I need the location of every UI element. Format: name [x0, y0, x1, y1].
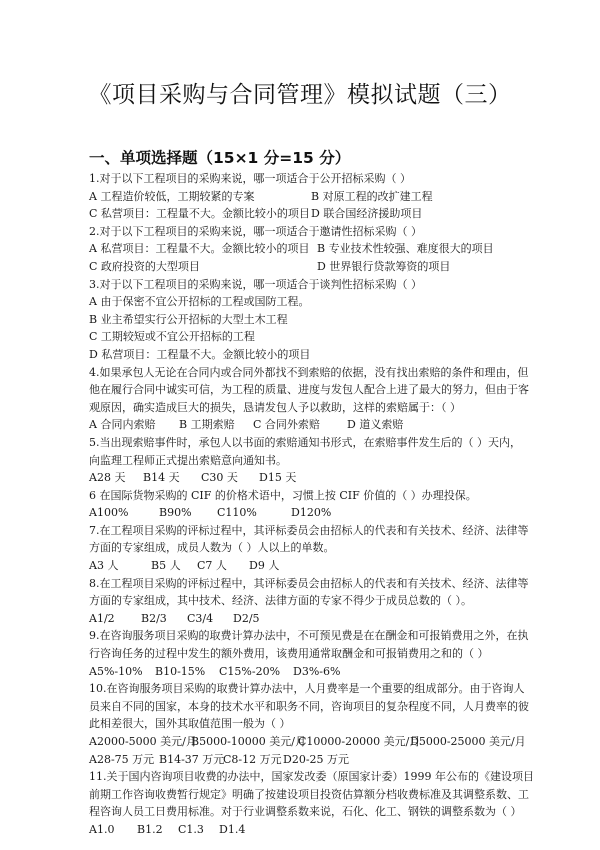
- answer-option: B 业主希望实行公开招标的大型土木工程: [89, 311, 489, 329]
- question-list: 1.对于以下工程项目的采购来说，哪一项适合于公开招标采购（ ）A 工程造价较低，…: [89, 170, 529, 839]
- answer-option: C3/4: [187, 610, 233, 628]
- question-stem-line: 行咨询任务的过程中发生的额外费用，该费用通常取酬金和可报销费用之和的（ ）: [89, 645, 529, 663]
- answer-option: B 对原工程的改扩建工程: [311, 188, 511, 206]
- question-stem-line: 他在履行合同中诚实可信，为工程的质量、进度与发包人配合上进了最大的努力，但由于客: [89, 381, 529, 399]
- document-title: 《项目采购与合同管理》模拟试题（三）: [0, 76, 600, 109]
- question-stem-line: 前期工作咨询收费暂行规定》明确了按建设项目投资估算额分档收费标准及其调整系数、工: [89, 786, 529, 804]
- answer-option: A1.0: [89, 821, 137, 839]
- answer-option: B5 人: [151, 557, 197, 575]
- option-row: B 业主希望实行公开招标的大型土木工程: [89, 311, 529, 329]
- option-row: A3 人B5 人C7 人D9 人: [89, 557, 529, 575]
- answer-option: D9 人: [249, 557, 299, 575]
- answer-option: C 合同外索赔: [253, 416, 347, 434]
- question-stem-line: 员来自不同的国家，本身的技术水平和职务不同，咨询项目的复杂程度不同，人月费率的彼: [89, 698, 529, 716]
- answer-option: B14 天: [143, 469, 201, 487]
- answer-option: B90%: [159, 504, 217, 522]
- question-9: 9.在咨询服务项目采购的取费计算办法中，不可预见费是在在酬金和可报销费用之外，在…: [89, 627, 529, 680]
- answer-option: D3%-6%: [293, 663, 353, 681]
- question-11: 11.关于国内咨询项目收费的办法中，国家发改委（原国家计委）1999 年公布的《…: [89, 768, 529, 838]
- option-row: C 工期较短或不宜公开招标的工程: [89, 328, 529, 346]
- option-row: A28 天B14 天C30 天D15 天: [89, 469, 529, 487]
- question-stem-line: 3.对于以下工程项目的采购来说，哪一项适合于谈判性招标采购（ ）: [89, 276, 529, 294]
- question-stem-line: 8.在工程项目采购的评标过程中，其评标委员会由招标人的代表和有关技术、经济、法律…: [89, 575, 529, 593]
- answer-option: D2/5: [233, 610, 283, 628]
- question-stem-line: 方面的专家组成，其中技术、经济、法律方面的专家不得少于成员总数的（ ）。: [89, 592, 529, 610]
- option-row: A1.0B1.2C1.3D1.4: [89, 821, 529, 839]
- option-row: C 政府投资的大型项目D 世界银行贷款筹资的项目: [89, 258, 529, 276]
- answer-option: A 私营项目：工程量不大。金额比较小的项目: [89, 240, 317, 258]
- question-stem-line: 1.对于以下工程项目的采购来说，哪一项适合于公开招标采购（ ）: [89, 170, 529, 188]
- answer-option: C15%-20%: [219, 663, 293, 681]
- option-row: A100%B90%C110%D120%: [89, 504, 529, 522]
- question-stem-line: 向监理工程师正式提出索赔意向通知书。: [89, 452, 529, 470]
- answer-option: D15 天: [259, 469, 319, 487]
- option-row: A5%-10%B10-15%C15%-20%D3%-6%: [89, 663, 529, 681]
- answer-option: A1/2: [89, 610, 141, 628]
- answer-option: C 私营项目：工程量不大。金额比较小的项目: [89, 205, 311, 223]
- question-stem-line: 程咨询人员工日费用标准。对于行业调整系数来说，石化、化工、钢铁的调整系数为（ ）: [89, 803, 529, 821]
- question-6: 6 在国际货物采购的 CIF 的价格术语中，习惯上按 CIF 价值的（ ）办理投…: [89, 487, 529, 522]
- answer-option: A 工程造价较低，工期较紧的专案: [89, 188, 311, 206]
- answer-option: A5%-10%: [89, 663, 155, 681]
- option-row: A 私营项目：工程量不大。金额比较小的项目B 专业技术性较强、难度很大的项目: [89, 240, 529, 258]
- question-stem-line: 此相差很大，国外其取值范围一般为（ ）: [89, 715, 529, 733]
- question-7: 7.在工程项目采购的评标过程中，其评标委员会由招标人的代表和有关技术、经济、法律…: [89, 522, 529, 575]
- answer-option: A 由于保密不宜公开招标的工程或国防工程。: [89, 293, 489, 311]
- answer-option: D 私营项目：工程量不大。金额比较小的项目: [89, 346, 489, 364]
- question-stem-line: 10.在咨询服务项目采购的取费计算办法中，人月费率是一个重要的组成部分。由于咨询…: [89, 680, 529, 698]
- section-heading: 一、单项选择题（15×1 分=15 分）: [89, 146, 350, 168]
- option-row: A2000-5000 美元/月B5000-10000 美元/月C10000-20…: [89, 733, 529, 751]
- answer-option: C10000-20000 美元/月: [298, 733, 410, 751]
- answer-option: A28-75 万元: [89, 751, 159, 769]
- answer-option: C30 天: [201, 469, 259, 487]
- answer-option: C110%: [217, 504, 291, 522]
- question-1: 1.对于以下工程项目的采购来说，哪一项适合于公开招标采购（ ）A 工程造价较低，…: [89, 170, 529, 223]
- question-stem-line: 9.在咨询服务项目采购的取费计算办法中，不可预见费是在在酬金和可报销费用之外，在…: [89, 627, 529, 645]
- answer-option: D 联合国经济援助项目: [311, 205, 511, 223]
- answer-option: D1.4: [219, 821, 259, 839]
- question-3: 3.对于以下工程项目的采购来说，哪一项适合于谈判性招标采购（ ）A 由于保密不宜…: [89, 276, 529, 364]
- question-stem-line: 观原因，确实造成巨大的损失，恳请发包人予以救助，这样的索赔属于：（ ）: [89, 399, 529, 417]
- question-2: 2.对于以下工程项目的采购来说，哪一项适合于邀请性招标采购（ ）A 私营项目：工…: [89, 223, 529, 276]
- question-10: 10.在咨询服务项目采购的取费计算办法中，人月费率是一个重要的组成部分。由于咨询…: [89, 680, 529, 768]
- answer-option: B5000-10000 美元/月: [191, 733, 298, 751]
- answer-option: B 工期索赔: [179, 416, 253, 434]
- option-row: A 由于保密不宜公开招标的工程或国防工程。: [89, 293, 529, 311]
- option-row: D 私营项目：工程量不大。金额比较小的项目: [89, 346, 529, 364]
- option-row: C 私营项目：工程量不大。金额比较小的项目D 联合国经济援助项目: [89, 205, 529, 223]
- answer-option: D5000-25000 美元/月: [410, 733, 520, 751]
- question-stem-line: 5.当出现索赔事件时，承包人以书面的索赔通知书形式，在索赔事件发生后的（ ）天内…: [89, 434, 529, 452]
- option-row: A 合同内索赔B 工期索赔C 合同外索赔D 道义索赔: [89, 416, 529, 434]
- answer-option: D 世界银行贷款筹资的项目: [317, 258, 527, 276]
- answer-option: D120%: [291, 504, 351, 522]
- answer-option: A2000-5000 美元/月: [89, 733, 191, 751]
- question-8: 8.在工程项目采购的评标过程中，其评标委员会由招标人的代表和有关技术、经济、法律…: [89, 575, 529, 628]
- answer-option: C1.3: [178, 821, 219, 839]
- answer-option: B2/3: [141, 610, 187, 628]
- answer-option: D20-25 万元: [283, 751, 353, 769]
- answer-option: B 专业技术性较强、难度很大的项目: [317, 240, 527, 258]
- option-row: A28-75 万元B14-37 万元C8-12 万元D20-25 万元: [89, 751, 529, 769]
- answer-option: B14-37 万元: [159, 751, 223, 769]
- question-stem-line: 11.关于国内咨询项目收费的办法中，国家发改委（原国家计委）1999 年公布的《…: [89, 768, 529, 786]
- answer-option: B10-15%: [155, 663, 219, 681]
- answer-option: C7 人: [197, 557, 249, 575]
- question-stem-line: 6 在国际货物采购的 CIF 的价格术语中，习惯上按 CIF 价值的（ ）办理投…: [89, 487, 529, 505]
- answer-option: C 工期较短或不宜公开招标的工程: [89, 328, 489, 346]
- question-stem-line: 7.在工程项目采购的评标过程中，其评标委员会由招标人的代表和有关技术、经济、法律…: [89, 522, 529, 540]
- answer-option: A 合同内索赔: [89, 416, 179, 434]
- answer-option: A28 天: [89, 469, 143, 487]
- answer-option: C8-12 万元: [223, 751, 283, 769]
- option-row: A 工程造价较低，工期较紧的专案B 对原工程的改扩建工程: [89, 188, 529, 206]
- question-5: 5.当出现索赔事件时，承包人以书面的索赔通知书形式，在索赔事件发生后的（ ）天内…: [89, 434, 529, 487]
- option-row: A1/2B2/3C3/4D2/5: [89, 610, 529, 628]
- answer-option: A3 人: [89, 557, 151, 575]
- answer-option: D 道义索赔: [347, 416, 427, 434]
- question-stem-line: 4.如果承包人无论在合同内或合同外都找不到索赔的依据，没有找出索赔的条件和理由，…: [89, 364, 529, 382]
- question-4: 4.如果承包人无论在合同内或合同外都找不到索赔的依据，没有找出索赔的条件和理由，…: [89, 364, 529, 434]
- question-stem-line: 方面的专家组成，成员人数为（ ）人以上的单数。: [89, 539, 529, 557]
- answer-option: A100%: [89, 504, 159, 522]
- question-stem-line: 2.对于以下工程项目的采购来说，哪一项适合于邀请性招标采购（ ）: [89, 223, 529, 241]
- answer-option: C 政府投资的大型项目: [89, 258, 317, 276]
- answer-option: B1.2: [137, 821, 178, 839]
